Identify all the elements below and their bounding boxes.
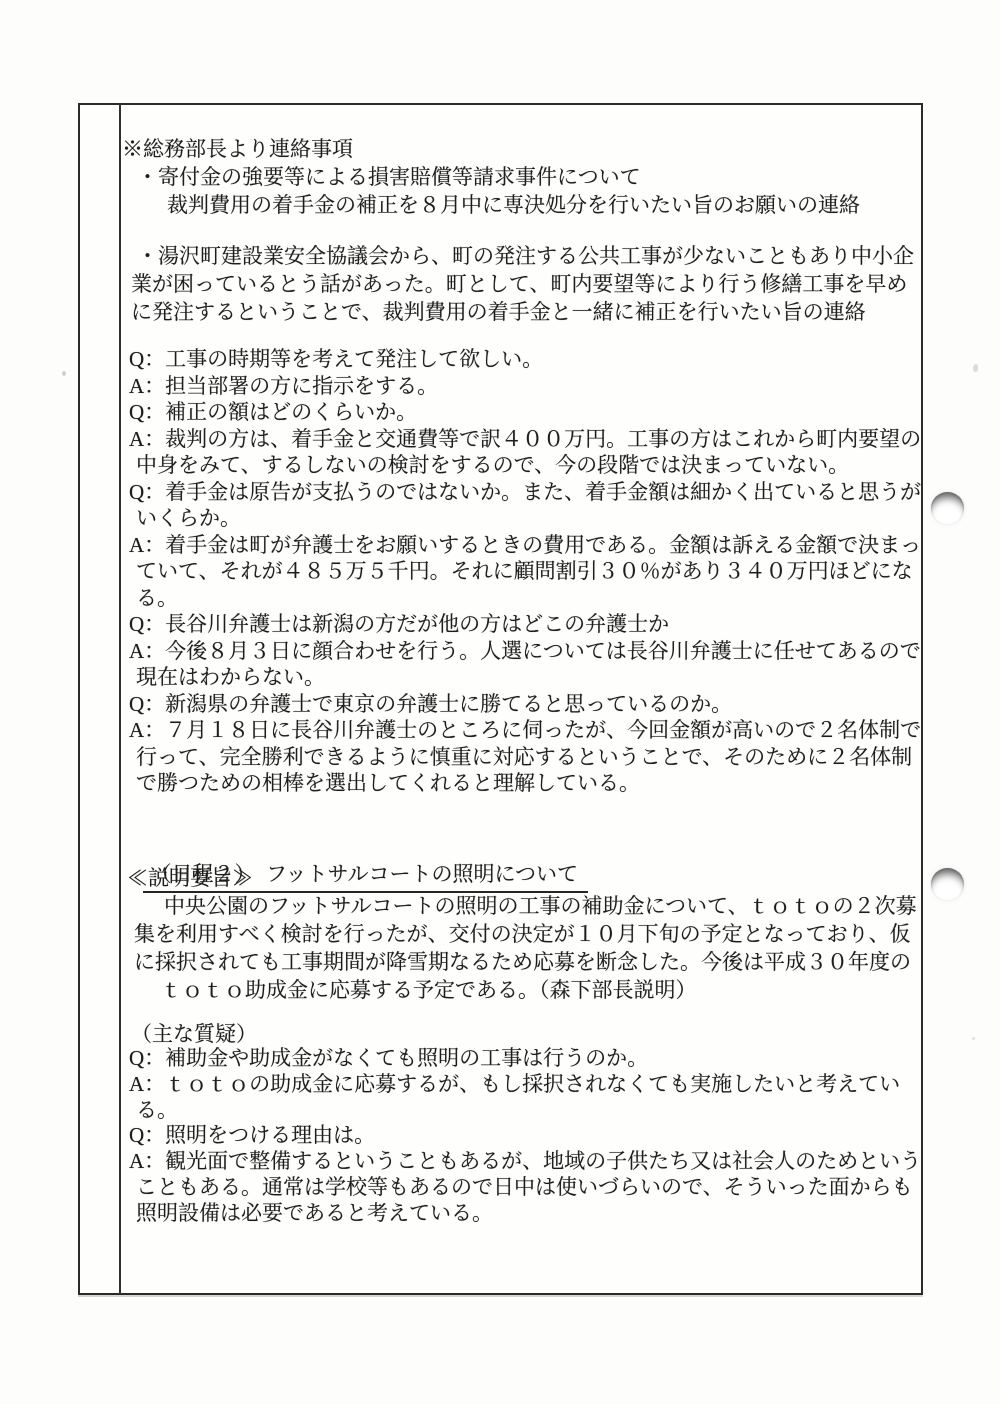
qa-line: Q：着手金は原告が支払うのではないか。また、着手金額は細かく出ていると思うが: [129, 479, 921, 506]
notice-cont-line: に発注するということで、裁判費用の着手金と一緒に補正を行いたい旨の連絡: [131, 298, 921, 326]
qa-line: A：裁判の方は、着手金と交通費等で訳４００万円。工事の方はこれから町内要望の: [129, 426, 921, 453]
scan-speck: [972, 1037, 975, 1040]
summary-line: に採択されても工事期間が降雪期なるため応募を断念した。今後は平成３０年度の: [134, 948, 921, 976]
summary-line: ｔｏｔｏ助成金に応募する予定である。（森下部長説明）: [161, 976, 921, 1004]
notice-block: ※総務部長より連絡事項 ・寄付金の強要等による損害賠償等請求事件について 裁判費…: [80, 135, 921, 219]
qa-cont-line: 現在はわからない。: [136, 664, 921, 691]
section2-title-block: （日程２） フットサルコートの照明について: [80, 832, 921, 860]
summary-label: ≪説明要旨≫: [127, 864, 921, 892]
qa-cont-line: で勝つための相棒を選出してくれると理解している。: [136, 770, 921, 797]
document-frame: ※総務部長より連絡事項 ・寄付金の強要等による損害賠償等請求事件について 裁判費…: [78, 103, 923, 1295]
qa-block-1: Q：工事の時期等を考えて発注して欲しい。 A：担当部署の方に指示をする。 Q：補…: [80, 346, 921, 797]
summary-block: 中央公園のフットサルコートの照明の工事の補助金について、ｔｏｔｏの２次募 集を利…: [80, 892, 921, 1004]
scan-speck: [973, 364, 978, 372]
qa-line: A：今後８月３日に顔合わせを行う。人選については長谷川弁護士に任せてあるので: [129, 638, 921, 665]
questions-label-block: （主な質疑）: [80, 1020, 921, 1048]
punch-hole-mark: [931, 868, 964, 900]
qa-cont-line: ていて、それが４８５万５千円。それに顧問割引３０％があり３４０万円ほどにな: [136, 558, 921, 585]
qa-line: A：着手金は町が弁護士をお願いするときの費用である。金額は訴える金額で決まっ: [129, 532, 921, 559]
qa-cont-line: 行って、完全勝利できるように慎重に対応するということで、そのために２名体制: [136, 744, 921, 771]
scanned-page: { "scan": { "notice1": [ "※総務部長より連絡事項", …: [0, 0, 1000, 1404]
qa-cont-line: こともある。通常は学校等もあるので日中は使いづらいので、そういった面からも: [136, 1175, 921, 1201]
qa-line: Q：補助金や助成金がなくても照明の工事は行うのか。: [129, 1046, 921, 1072]
scan-speck: [62, 371, 66, 376]
qa-line: Q：照明をつける理由は。: [129, 1123, 921, 1149]
notice-header: ※総務部長より連絡事項: [122, 135, 921, 163]
notice-block-2: ・湯沢町建設業安全協議会から、町の発注する公共工事が少ないこともあり中小企 業が…: [80, 242, 921, 326]
qa-line: A：７月１８日に長谷川弁護士のところに伺ったが、今回金額が高いので２名体制で: [129, 717, 921, 744]
summary-line: 中央公園のフットサルコートの照明の工事の補助金について、ｔｏｔｏの２次募: [164, 892, 921, 920]
notice-cont-line: 業が困っているとう話があった。町として、町内要望等により行う修繕工事を早め: [131, 270, 921, 298]
qa-line: A：観光面で整備するということもあるが、地域の子供たち又は社会人のためという: [129, 1149, 921, 1175]
summary-line: 集を利用すべく検討を行ったが、交付の決定が１０月下旬の予定となっており、仮: [134, 920, 921, 948]
qa-line: A：ｔｏｔｏの助成金に応募するが、もし採択されなくても実施したいと考えてい: [129, 1072, 921, 1098]
punch-hole-mark: [931, 492, 964, 524]
qa-cont-line: 照明設備は必要であると考えている。: [136, 1201, 921, 1227]
qa-block-2: Q：補助金や助成金がなくても照明の工事は行うのか。 A：ｔｏｔｏの助成金に応募す…: [80, 1046, 921, 1227]
questions-label: （主な質疑）: [131, 1020, 921, 1048]
qa-cont-line: る。: [136, 1098, 921, 1124]
qa-cont-line: 中身をみて、するしないの検討をするので、今の段階では決まっていない。: [136, 452, 921, 479]
section-title: （日程２） フットサルコートの照明について: [119, 832, 921, 860]
qa-cont-line: る。: [136, 585, 921, 612]
qa-line: Q：補正の額はどのくらいか。: [129, 399, 921, 426]
notice-sub-line: 裁判費用の着手金の補正を８月中に専決処分を行いたい旨のお願いの連絡: [167, 191, 921, 219]
qa-cont-line: いくらか。: [136, 505, 921, 532]
notice-bullet-line: ・寄付金の強要等による損害賠償等請求事件について: [137, 163, 921, 191]
qa-line: A：担当部署の方に指示をする。: [129, 373, 921, 400]
qa-line: Q：工事の時期等を考えて発注して欲しい。: [129, 346, 921, 373]
summary-label-block: ≪説明要旨≫: [80, 864, 921, 892]
notice-bullet-line: ・湯沢町建設業安全協議会から、町の発注する公共工事が少ないこともあり中小企: [137, 242, 921, 270]
qa-line: Q：新潟県の弁護士で東京の弁護士に勝てると思っているのか。: [129, 691, 921, 718]
qa-line: Q：長谷川弁護士は新潟の方だが他の方はどこの弁護士か: [129, 611, 921, 638]
